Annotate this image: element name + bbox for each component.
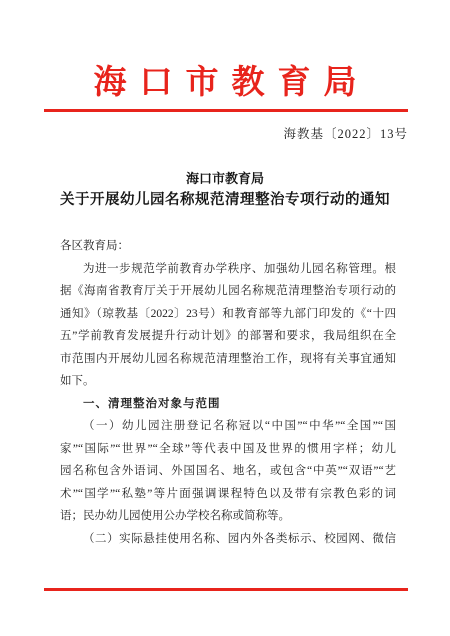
body-line: 园名称包含外语词、外国国名、地名，或包含“中英”“双语”“艺: [60, 460, 396, 483]
title-issuing-org: 海口市教育局: [0, 171, 450, 186]
red-separator-line: [44, 109, 408, 112]
salutation: 各区教育局：: [60, 235, 396, 258]
body-line: 为进一步规范学前教育办学秩序、加强幼儿园名称管理。根: [60, 258, 396, 281]
document-title-block: 海口市教育局 关于开展幼儿园名称规范清理整治专项行动的通知: [0, 171, 450, 209]
body-line: 如下。: [60, 370, 396, 393]
body-line: 市范围内开展幼儿园名称规范清理整治工作，现将有关事宜通知: [60, 348, 396, 371]
body-line: 通知》（琼教基〔2022〕23号）和教育部等九部门印发的《“十四: [60, 303, 396, 326]
body-line: 语；民办幼儿园使用公办学校名称或简称等。: [60, 505, 396, 528]
document-body: 各区教育局： 为进一步规范学前教育办学秩序、加强幼儿园名称管理。根 据《海南省教…: [60, 235, 396, 550]
body-line: （二）实际悬挂使用名称、园内外各类标示、校园网、微信: [60, 528, 396, 551]
document-number: 海教基〔2022〕13号: [283, 124, 408, 142]
body-line: （一）幼儿园注册登记名称冠以“中国”“中华”“全国”“国: [60, 415, 396, 438]
title-subject: 关于开展幼儿园名称规范清理整治专项行动的通知: [0, 192, 450, 209]
section-heading: 一、清理整治对象与范围: [60, 393, 396, 416]
body-line: 据《海南省教育厅关于开展幼儿园名称规范清理整治专项行动的: [60, 280, 396, 303]
body-line: 家”“国际”“世界”“全球”等代表中国及世界的惯用字样；幼儿: [60, 438, 396, 461]
masthead-agency-name: 海口市教育局: [0, 56, 450, 103]
document-page: 海口市教育局 海教基〔2022〕13号 海口市教育局 关于开展幼儿园名称规范清理…: [0, 0, 450, 636]
red-footer-line: [44, 588, 408, 591]
body-line: 术”“国学”“私塾”等片面强调课程特色以及带有宗教色彩的词: [60, 483, 396, 506]
body-line: 五”学前教育发展提升行动计划》的部署和要求，我局组织在全: [60, 325, 396, 348]
